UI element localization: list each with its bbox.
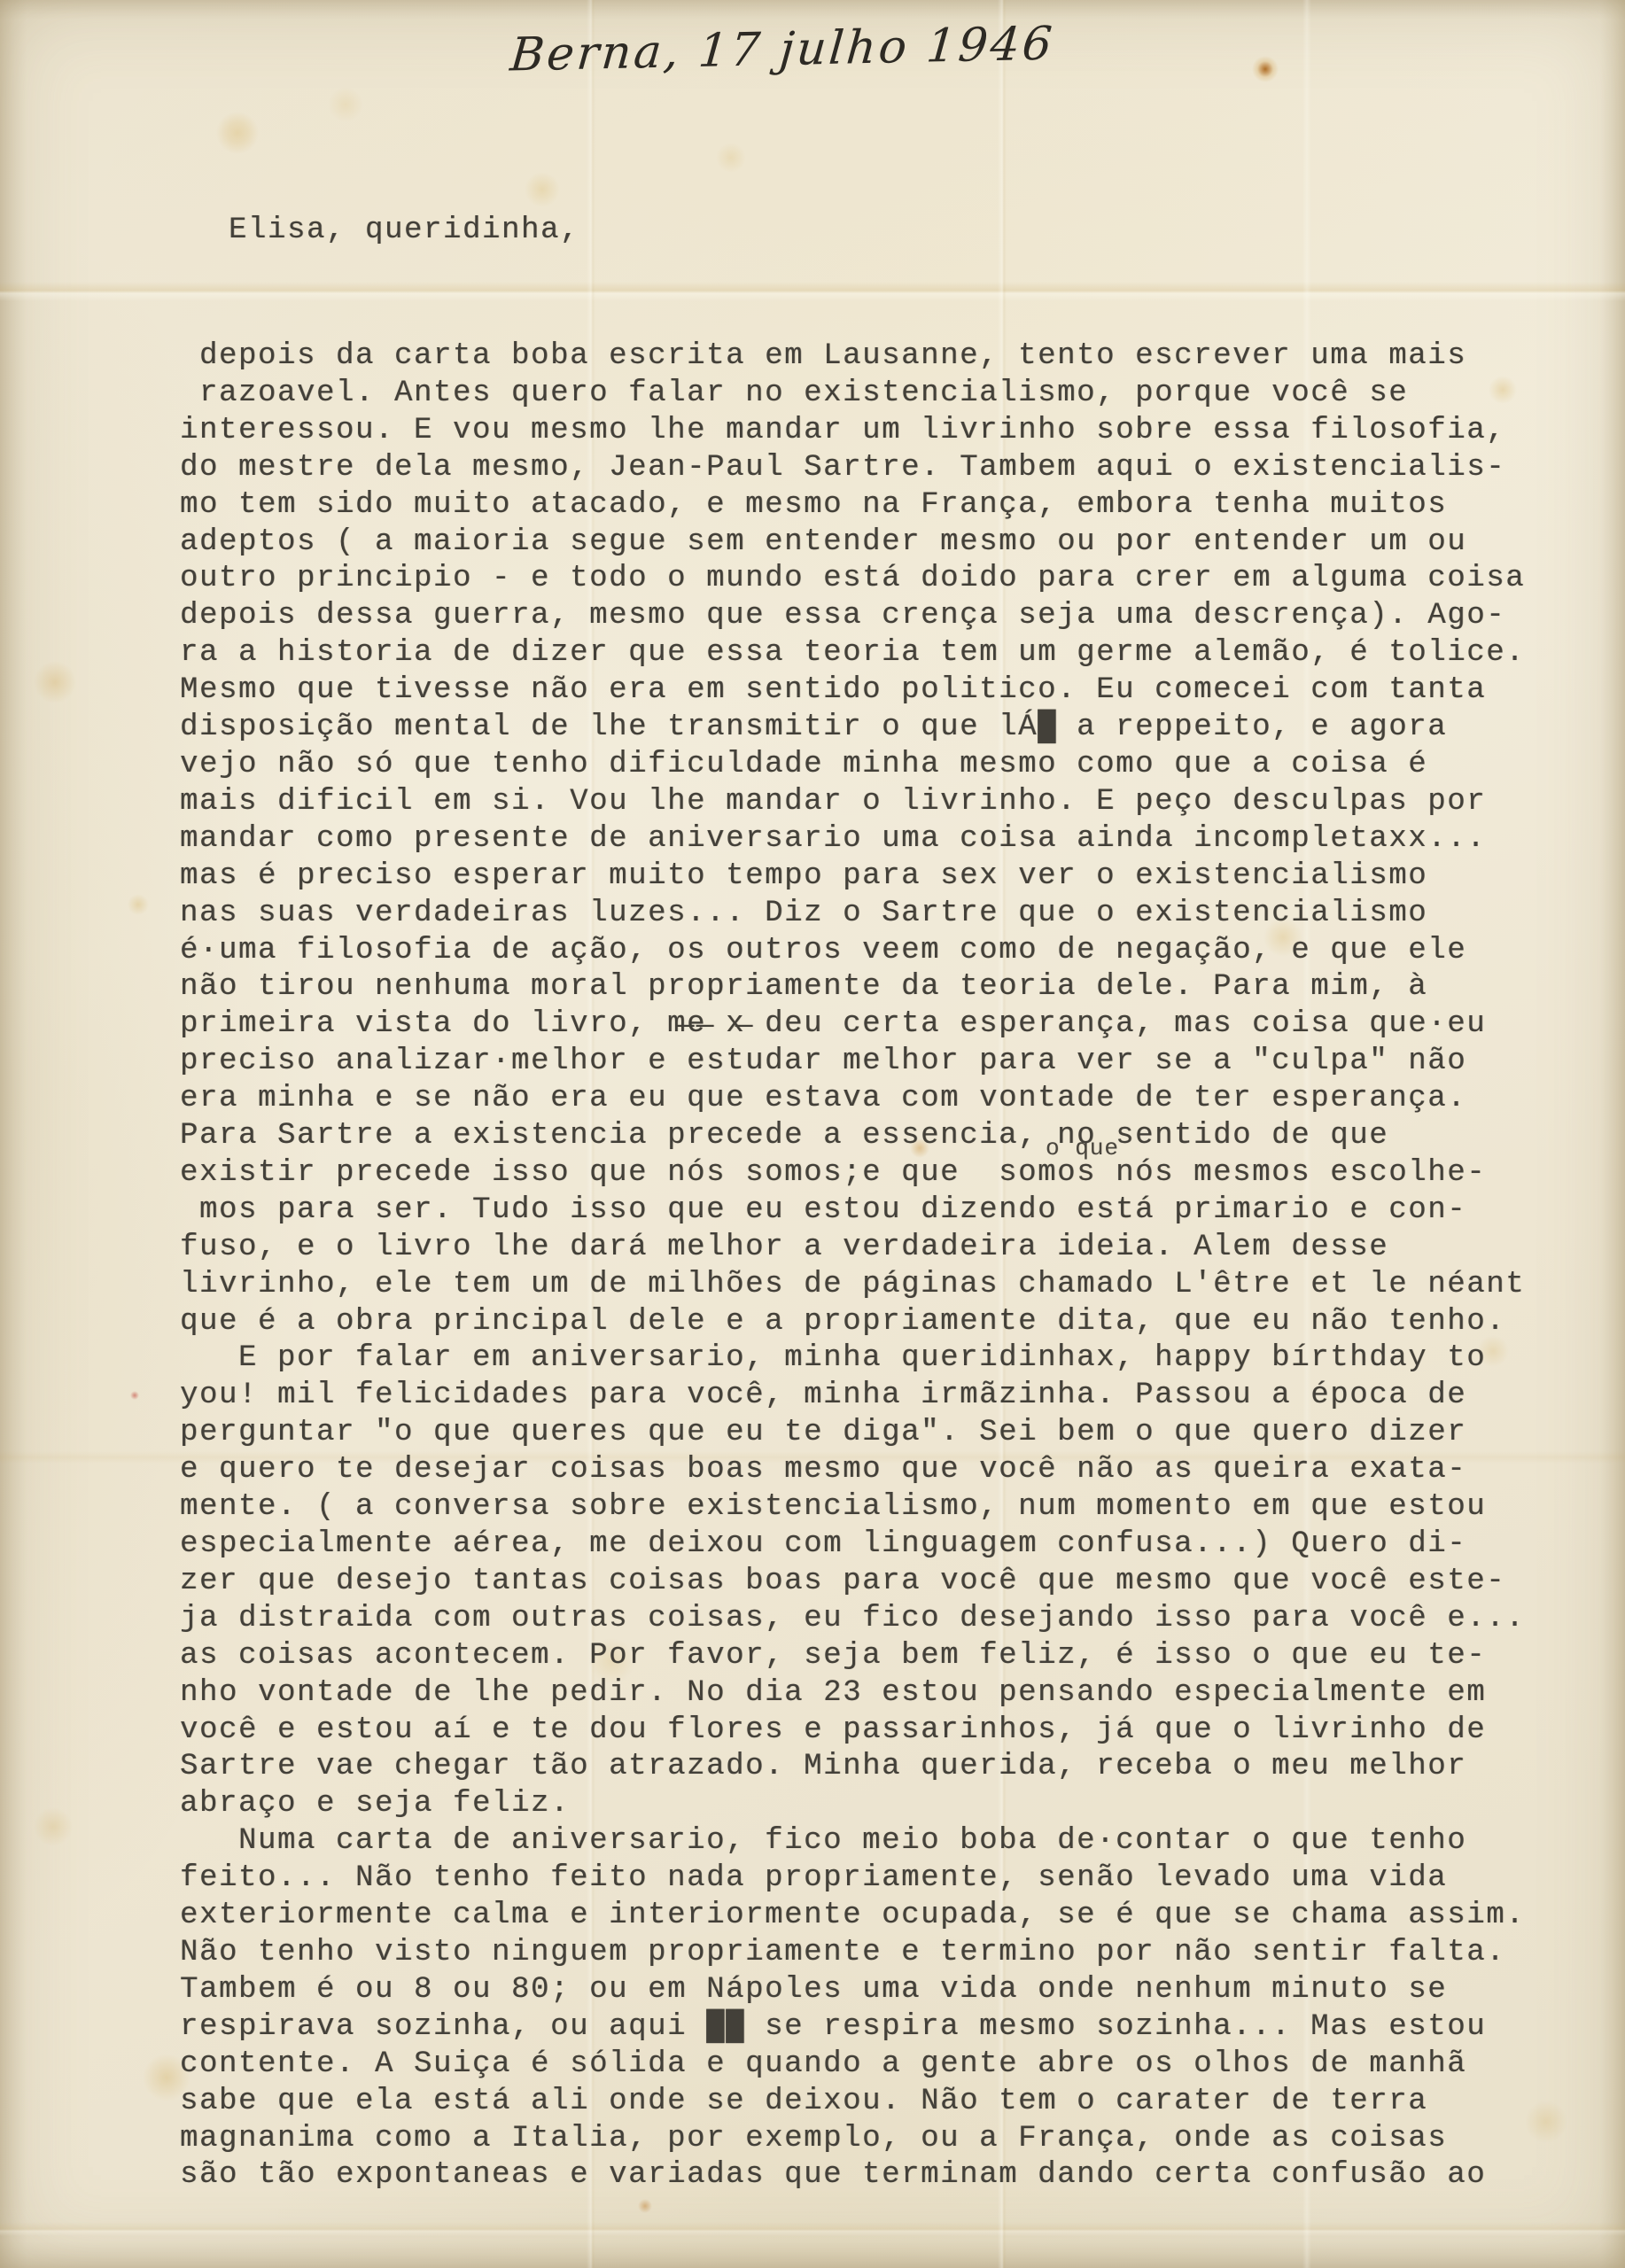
paper-crease-horizontal bbox=[0, 2222, 1625, 2236]
salutation: Elisa, queridinha, bbox=[229, 213, 579, 250]
interlinear-insertion: o que bbox=[1046, 1137, 1119, 1160]
letter-page: Berna, 17 julho 1946 Elisa, queridinha, … bbox=[0, 0, 1625, 2268]
letter-body: depois da carta boba escrita em Lausanne… bbox=[180, 338, 1525, 2194]
paper-crease-horizontal bbox=[0, 282, 1625, 301]
handwritten-date: Berna, 17 julho 1946 bbox=[509, 18, 1057, 82]
